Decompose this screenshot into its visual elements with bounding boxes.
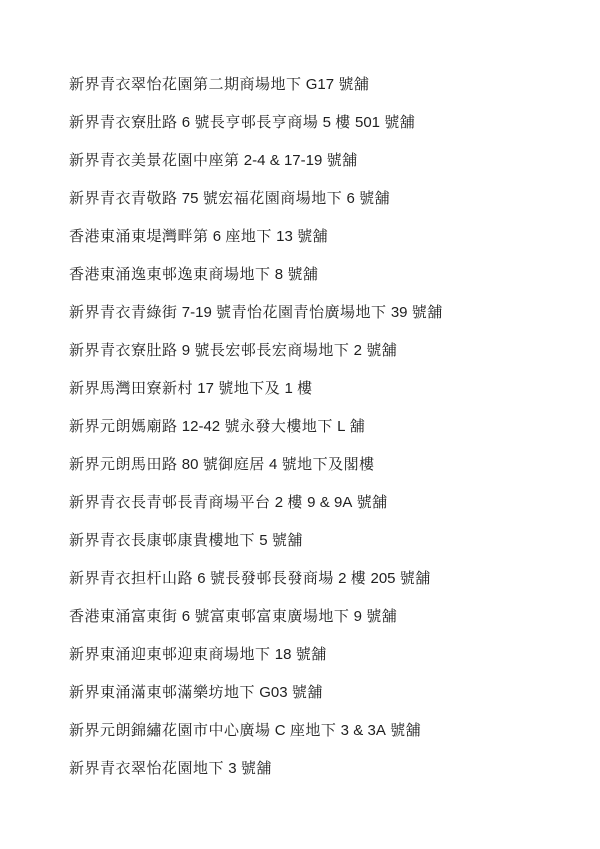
address-line: 新界元朗馬田路 80 號御庭居 4 號地下及閣樓 (69, 457, 560, 473)
address-line: 新界青衣寮肚路 9 號長宏邨長宏商場地下 2 號舖 (69, 343, 560, 359)
document-page: 新界青衣翠怡花園第二期商場地下 G17 號舖 新界青衣寮肚路 6 號長亨邨長亨商… (0, 0, 600, 849)
address-line: 新界青衣美景花園中座第 2-4 & 17-19 號舖 (69, 153, 560, 169)
address-line: 新界青衣長青邨長青商場平台 2 樓 9 & 9A 號舖 (69, 495, 560, 511)
address-line: 新界青衣翠怡花園第二期商場地下 G17 號舖 (69, 77, 560, 93)
address-line: 新界青衣青敬路 75 號宏福花園商場地下 6 號舖 (69, 191, 560, 207)
address-line: 香港東涌東堤灣畔第 6 座地下 13 號舖 (69, 229, 560, 245)
address-line: 新界青衣長康邨康貴樓地下 5 號舖 (69, 533, 560, 549)
address-line: 新界東涌滿東邨滿樂坊地下 G03 號舖 (69, 685, 560, 701)
address-line: 新界元朗錦繡花園市中心廣場 C 座地下 3 & 3A 號舖 (69, 723, 560, 739)
address-line: 新界青衣寮肚路 6 號長亨邨長亨商場 5 樓 501 號舖 (69, 115, 560, 131)
address-line: 香港東涌逸東邨逸東商場地下 8 號舖 (69, 267, 560, 283)
address-line: 新界元朗媽廟路 12-42 號永發大樓地下 L 舖 (69, 419, 560, 435)
address-line: 新界青衣青綠街 7-19 號青怡花園青怡廣場地下 39 號舖 (69, 305, 560, 321)
address-line: 香港東涌富東街 6 號富東邨富東廣場地下 9 號舖 (69, 609, 560, 625)
address-line: 新界青衣担杆山路 6 號長發邨長發商場 2 樓 205 號舖 (69, 571, 560, 587)
address-line: 新界東涌迎東邨迎東商場地下 18 號舖 (69, 647, 560, 663)
address-line: 新界青衣翠怡花園地下 3 號舖 (69, 761, 560, 777)
address-line: 新界馬灣田寮新村 17 號地下及 1 樓 (69, 381, 560, 397)
